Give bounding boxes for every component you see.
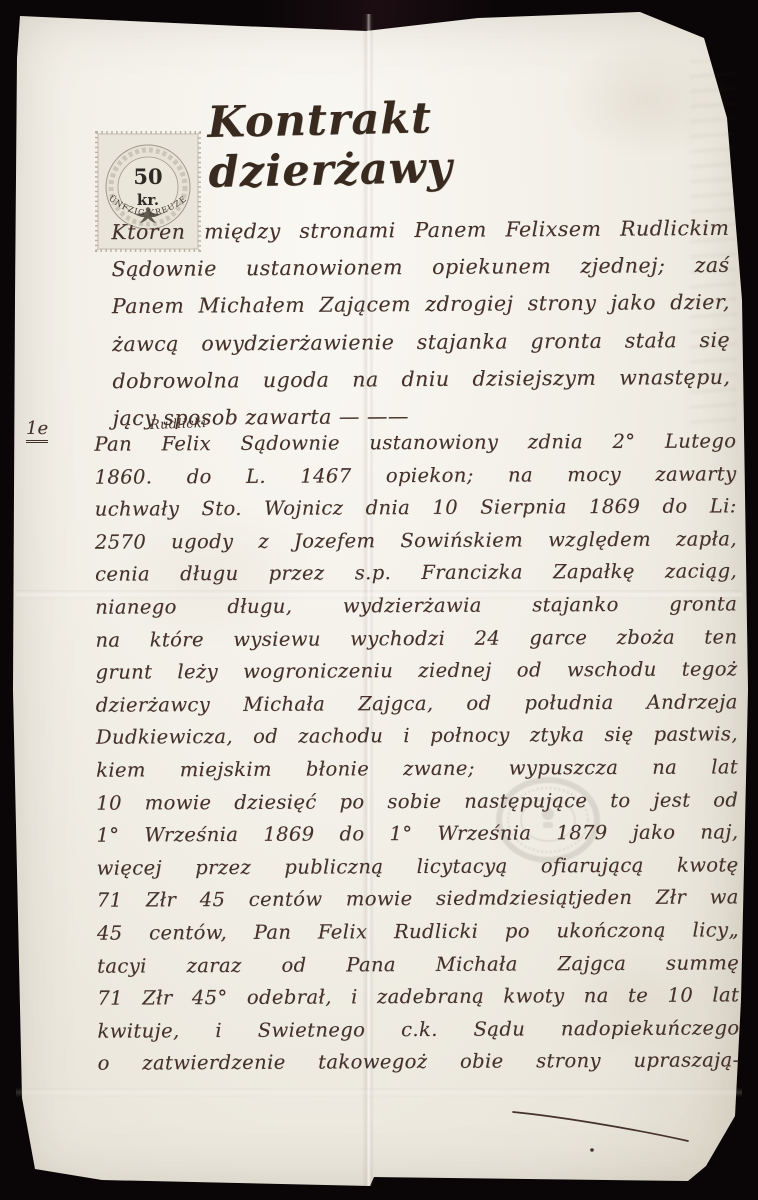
photo-of-document: 50 kr. FÜNFZIG KREUZER Kontrakt dzierżaw… [0, 0, 758, 1200]
document-title: Kontrakt dzierżawy [207, 90, 589, 198]
clause-number: 1e [26, 418, 48, 443]
handwritten-line: nianego długu, wydzierżawia stajanko gro… [95, 588, 737, 624]
handwritten-line: 2570 ugody z Jozefem Sowińskiem względem… [95, 523, 737, 559]
handwritten-line: 1° Września 1869 do 1° Września 1879 jak… [96, 816, 738, 852]
handwritten-line: grunt leży wogroniczeniu ziednej od wsch… [95, 653, 737, 689]
handwritten-line: o zatwierdzenie takowegoż obie strony up… [98, 1045, 740, 1081]
handwritten-line: Ktoren między stronami Panem Felixsem Ru… [111, 210, 729, 252]
handwritten-line: więcej przez publiczną licytacyą ofiaruj… [97, 849, 739, 885]
handwritten-line: dzierżawcy Michała Zajgca, od południa A… [96, 686, 738, 722]
body-paragraph: Pan Felix Sądownie ustanowiony zdnia 2° … [94, 425, 739, 1080]
handwritten-line: 45 centów, Pan Felix Rudlicki po ukończo… [97, 914, 739, 950]
handwritten-line: tacyi zaraz od Pana Michała Zajgca summę [97, 947, 739, 983]
handwritten-line: Sądownie ustanowionem opiekunem zjednej;… [111, 247, 729, 289]
handwritten-line: 1860. do L. 1467 opiekon; na mocy zawart… [94, 458, 736, 494]
handwritten-line: 71 Złr 45° odebrał, i zadebraną kwoty na… [97, 979, 739, 1015]
handwritten-line: żawcą owydzierżawienie stajanka gronta s… [112, 321, 730, 363]
handwritten-line: Pan Felix Sądownie ustanowiony zdnia 2° … [94, 425, 736, 461]
handwritten-line: kwituje, i Swietnego c.k. Sądu nadopieku… [97, 1012, 739, 1048]
handwritten-line: 10 mowie dziesięć po sobie następujące t… [96, 784, 738, 820]
handwritten-line: dobrowolna ugoda na dniu dzisiejszym wna… [112, 359, 730, 401]
stamp-denomination: 50 [133, 164, 162, 189]
handwritten-line: kiem miejskim błonie zwane; wypuszcza na… [96, 751, 738, 787]
intro-paragraph: Ktoren między stronami Panem Felixsem Ru… [111, 210, 731, 438]
stamp-unit: kr. [137, 191, 159, 209]
horizontal-crease [16, 1088, 742, 1097]
handwritten-line: Dudkiewicza, od zachodu i połnocy ztyka … [96, 719, 738, 755]
handwritten-line: uchwały Sto. Wojnicz dnia 10 Sierpnia 18… [95, 491, 737, 527]
handwritten-line: cenia długu przez s.p. Francizka Zapałkę… [95, 556, 737, 592]
handwritten-line: Panem Michałem Zającem zdrogiej strony j… [112, 284, 730, 326]
handwritten-line: 71 Złr 45 centów mowie siedmdziesiątjede… [97, 882, 739, 918]
handwritten-line: na które wysiewu wychodzi 24 garce zboża… [95, 621, 737, 657]
